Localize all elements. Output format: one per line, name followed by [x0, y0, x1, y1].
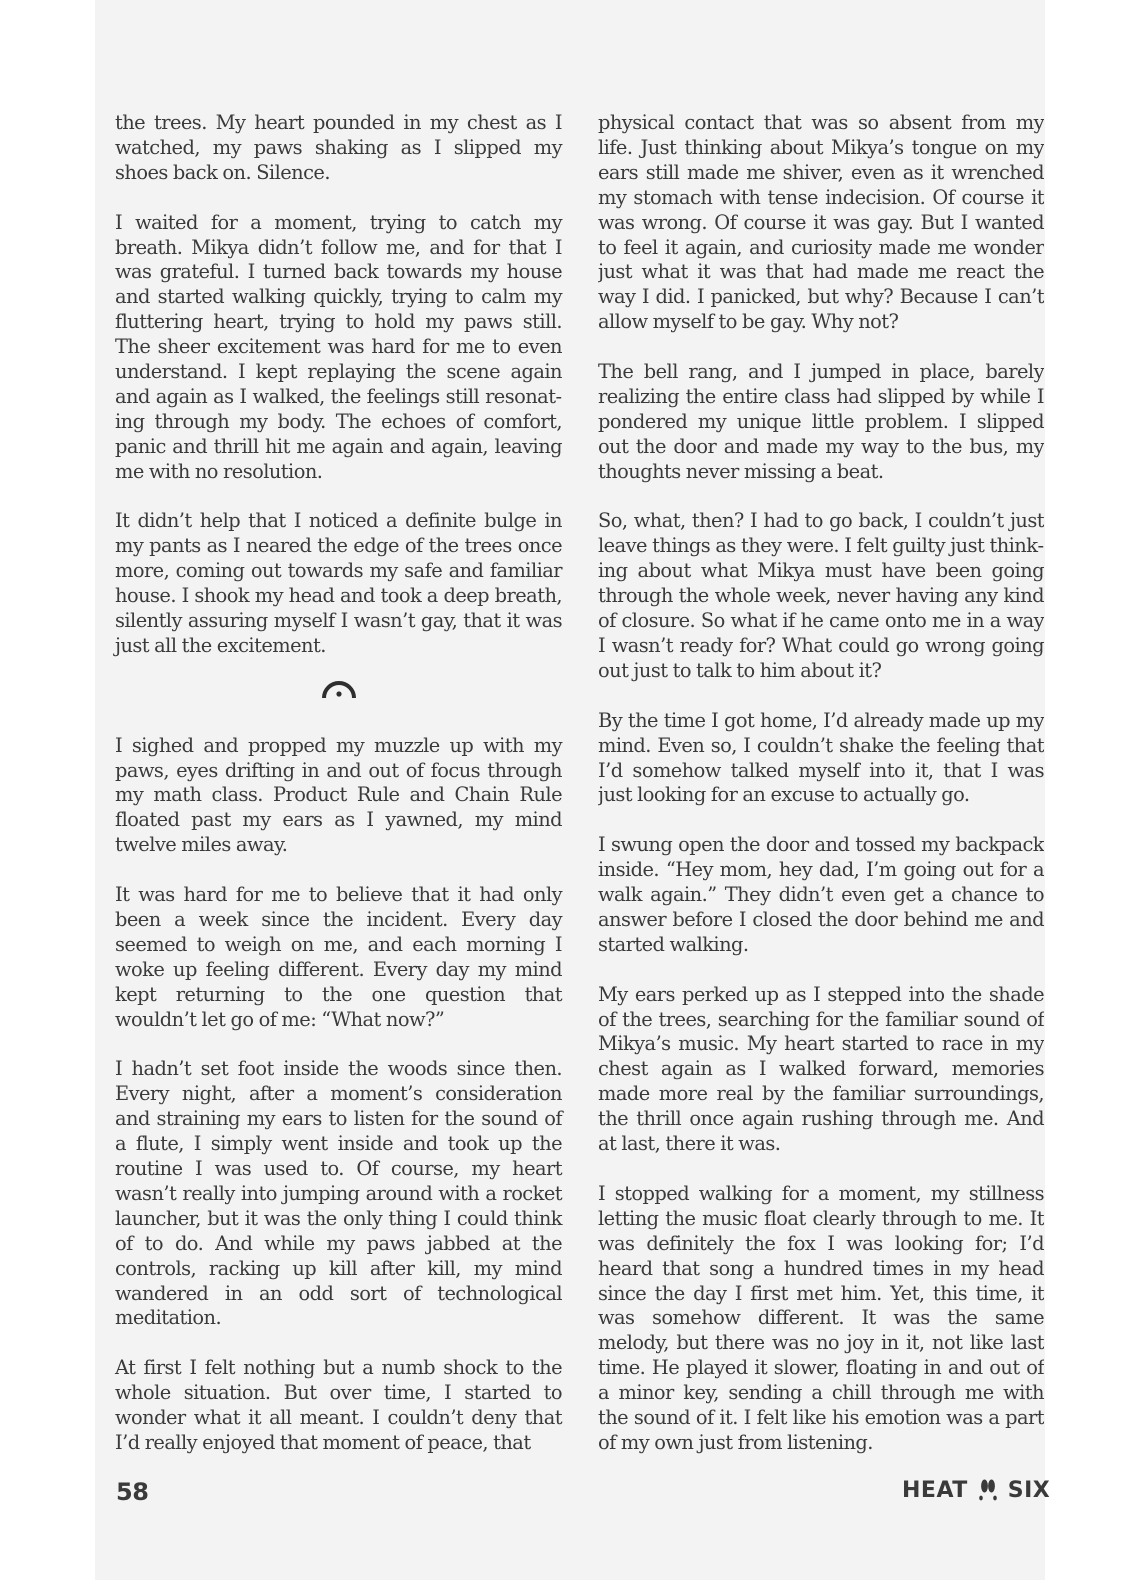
left-text-column: the trees. My heart pounded in my chest …: [115, 111, 562, 1481]
paragraph: the trees. My heart pounded in my chest …: [115, 111, 562, 186]
paragraph: It didn’t help that I noticed a definite…: [115, 509, 562, 658]
paragraph: At first I felt nothing but a numb shock…: [115, 1356, 562, 1456]
paragraph: By the time I got home, I’d already made…: [598, 709, 1044, 809]
paragraph: My ears perked up as I stepped into the …: [598, 983, 1044, 1157]
paragraph: I stopped walking for a moment, my still…: [598, 1182, 1044, 1456]
right-text-column: physical contact that was so absent from…: [598, 111, 1044, 1481]
paragraph: I sighed and propped my muzzle up with m…: [115, 734, 562, 859]
paragraph: I waited for a moment, trying to catch m…: [115, 211, 562, 485]
paragraph: physical contact that was so absent from…: [598, 111, 1044, 335]
paragraph: So, what, then? I had to go back, I coul…: [598, 509, 1044, 683]
fermata-icon: [321, 679, 357, 701]
paragraph: I swung open the door and tossed my back…: [598, 833, 1044, 958]
publication-name-left: HEAT: [902, 1478, 968, 1503]
paragraph: It was hard for me to believe that it ha…: [115, 883, 562, 1032]
publication-name-right: SIX: [1008, 1478, 1051, 1503]
page-number: 58: [116, 1478, 148, 1506]
paragraph: The bell rang, and I jumped in place, ba…: [598, 360, 1044, 485]
section-break: [115, 659, 562, 734]
paw-print-icon: [978, 1479, 998, 1503]
paragraph: I hadn’t set foot inside the woods since…: [115, 1057, 562, 1331]
publication-footer: HEAT SIX: [902, 1478, 1050, 1503]
